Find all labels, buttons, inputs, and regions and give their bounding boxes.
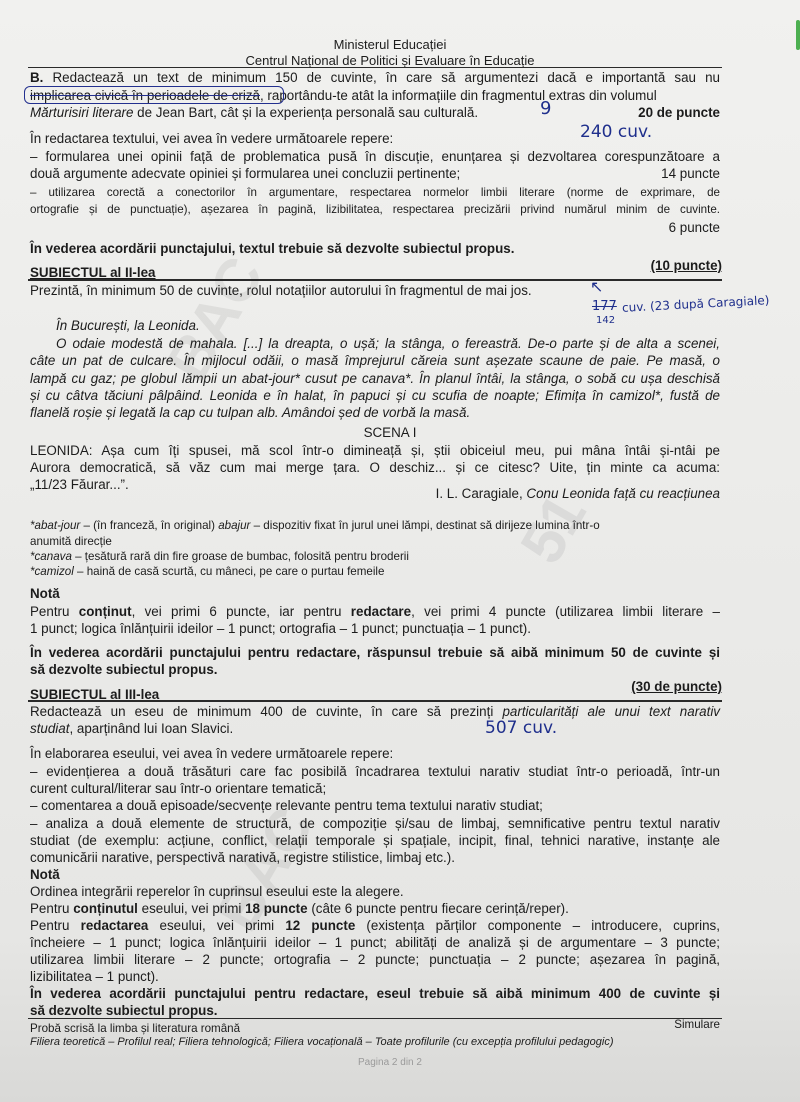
subject-3-item: comunicării narative, perspectivă narati…: [30, 849, 720, 867]
dialogue-line: LEONIDA: Așa cum îți spusei, mă scol înt…: [30, 442, 720, 460]
scene-title: SCENA I: [0, 424, 780, 442]
handwritten-grade: 9: [540, 100, 551, 118]
subject-3-item: – analiza a două elemente de structură, …: [30, 815, 720, 833]
criterion-1-line2: două argumente adecvate opiniei și formu…: [30, 165, 720, 183]
subject-3-note-title: Notă: [30, 866, 720, 884]
handwritten-count-s3: 507 cuv.: [485, 720, 557, 738]
criterion-2-line1: – utilizarea corectă a conectorilor în a…: [30, 185, 720, 200]
excerpt-place: În București, la Leonida.: [56, 317, 200, 335]
criterion-2-line2: ortografie și de punctuație), așezarea î…: [30, 202, 720, 217]
subject-2-points: (10 puncte): [651, 257, 722, 275]
section-b-bold-note: În vederea acordării punctajului, textul…: [30, 240, 720, 258]
excerpt-line: și cu câtva tăciuni pâlpâind. Leonida e …: [30, 387, 720, 405]
excerpt-line: O odaie modestă de mahala. [...] la drea…: [56, 335, 720, 353]
subject-3-item: – comentarea a două episoade/secvențe re…: [30, 797, 720, 815]
subject-3-content-points: Pentru conținutul eseului, vei primi 18 …: [30, 900, 720, 918]
section-b-guide-intro: În redactarea textului, vei avea în vede…: [30, 130, 720, 148]
subject-2-note-line2: 1 punct; logica înlănțuirii ideilor – 1 …: [30, 620, 720, 638]
handwritten-circle: [24, 86, 284, 104]
excerpt-line: flanelă roșie și legată la cap cu tulpan…: [30, 404, 720, 422]
criterion-1-line1: – formularea unei opinii față de problem…: [30, 148, 720, 166]
excerpt-line: câte un pat de culcare. În mijlocul odăi…: [30, 352, 720, 370]
subject-3-redact-line2: încheiere – 1 punct; logica înlănțuirii …: [30, 934, 720, 952]
subject-3-guide-intro: În elaborarea eseului, vei avea în veder…: [30, 745, 720, 763]
subject-2-bold-note-line2: să dezvolte subiectul propus.: [30, 661, 720, 679]
arrow-icon: ↖: [590, 278, 603, 296]
section-b-line3: Mărturisiri literare de Jean Bart, cât ș…: [30, 104, 720, 122]
criterion-2-points: 6 puncte: [669, 219, 720, 237]
subject-3-redact-line4: lizibilitatea – 1 punct).: [30, 968, 720, 986]
header-rule: [28, 67, 722, 68]
subject-3-prompt-line1: Redactează un eseu de minimum 400 de cuv…: [30, 703, 720, 721]
subject-2-bold-note-line1: În vederea acordării punctajului pentru …: [30, 644, 720, 662]
excerpt-line: lampă cu gaz; pe globul lămpii un abat-j…: [30, 370, 720, 388]
glossary-canava: *canava – țesătură rară din fire groase …: [30, 549, 720, 564]
subject-3-points: (30 de puncte): [631, 678, 722, 696]
subject-2-rule: [28, 279, 722, 281]
glossary-abat-jour: *abat-jour – (în franceză, în original) …: [30, 518, 720, 533]
section-b-points: 20 de puncte: [638, 104, 720, 122]
footer-exam: Probă scrisă la limba și literatura româ…: [30, 1021, 240, 1036]
footer-profiles: Filiera teoretică – Profilul real; Filie…: [30, 1035, 614, 1050]
page-edge-tab: [796, 20, 800, 50]
handwritten-count-s2: 142: [596, 312, 615, 330]
subject-2-prompt: Prezintă, în minimum 50 de cuvinte, rolu…: [30, 282, 720, 300]
footer-rule: [28, 1018, 722, 1019]
footer-type: Simulare: [674, 1017, 720, 1032]
section-b-line1: B. Redactează un text de minimum 150 de …: [30, 69, 720, 87]
subject-3-bold-note-line1: În vederea acordării punctajului pentru …: [30, 985, 720, 1003]
subject-3-bold-note-line2: să dezvolte subiectul propus.: [30, 1002, 720, 1020]
subject-3-rule: [28, 700, 722, 702]
subject-2-note-line1: Pentru conținut, vei primi 6 puncte, iar…: [30, 603, 720, 621]
header-ministry: Ministerul Educației: [0, 36, 780, 54]
dialogue-line: Aurora democratică, să văz cum mai merge…: [30, 459, 720, 477]
subject-3-prompt-line2: studiat, aparținând lui Ioan Slavici.: [30, 720, 720, 738]
glossary-camizol: *camizol – haină de casă scurtă, cu mâne…: [30, 564, 720, 579]
excerpt-source: I. L. Caragiale, Conu Leonida față cu re…: [436, 485, 720, 503]
exam-page: BAC 51 BAC Ministerul Educației Centrul …: [0, 0, 800, 1102]
criterion-1-points: 14 puncte: [661, 165, 720, 183]
subject-3-item: curent cultural/literar sau într-o orien…: [30, 780, 720, 798]
subject-3-item: – evidențierea a două trăsături care fac…: [30, 763, 720, 781]
subject-3-note-order: Ordinea integrării reperelor în cuprinsu…: [30, 883, 720, 901]
subject-3-redact-points: Pentru redactarea eseului, vei primi 12 …: [30, 917, 720, 935]
glossary-continuation: anumită direcție: [30, 534, 720, 549]
subject-2-note-title: Notă: [30, 585, 720, 603]
subject-3-redact-line3: utilizarea limbii literare – 2 puncte; o…: [30, 951, 720, 969]
section-b-label: B.: [30, 70, 43, 85]
page-number: Pagina 2 din 2: [0, 1054, 780, 1072]
subject-3-item: studiat (de exemplu: acțiune, conflict, …: [30, 832, 720, 850]
